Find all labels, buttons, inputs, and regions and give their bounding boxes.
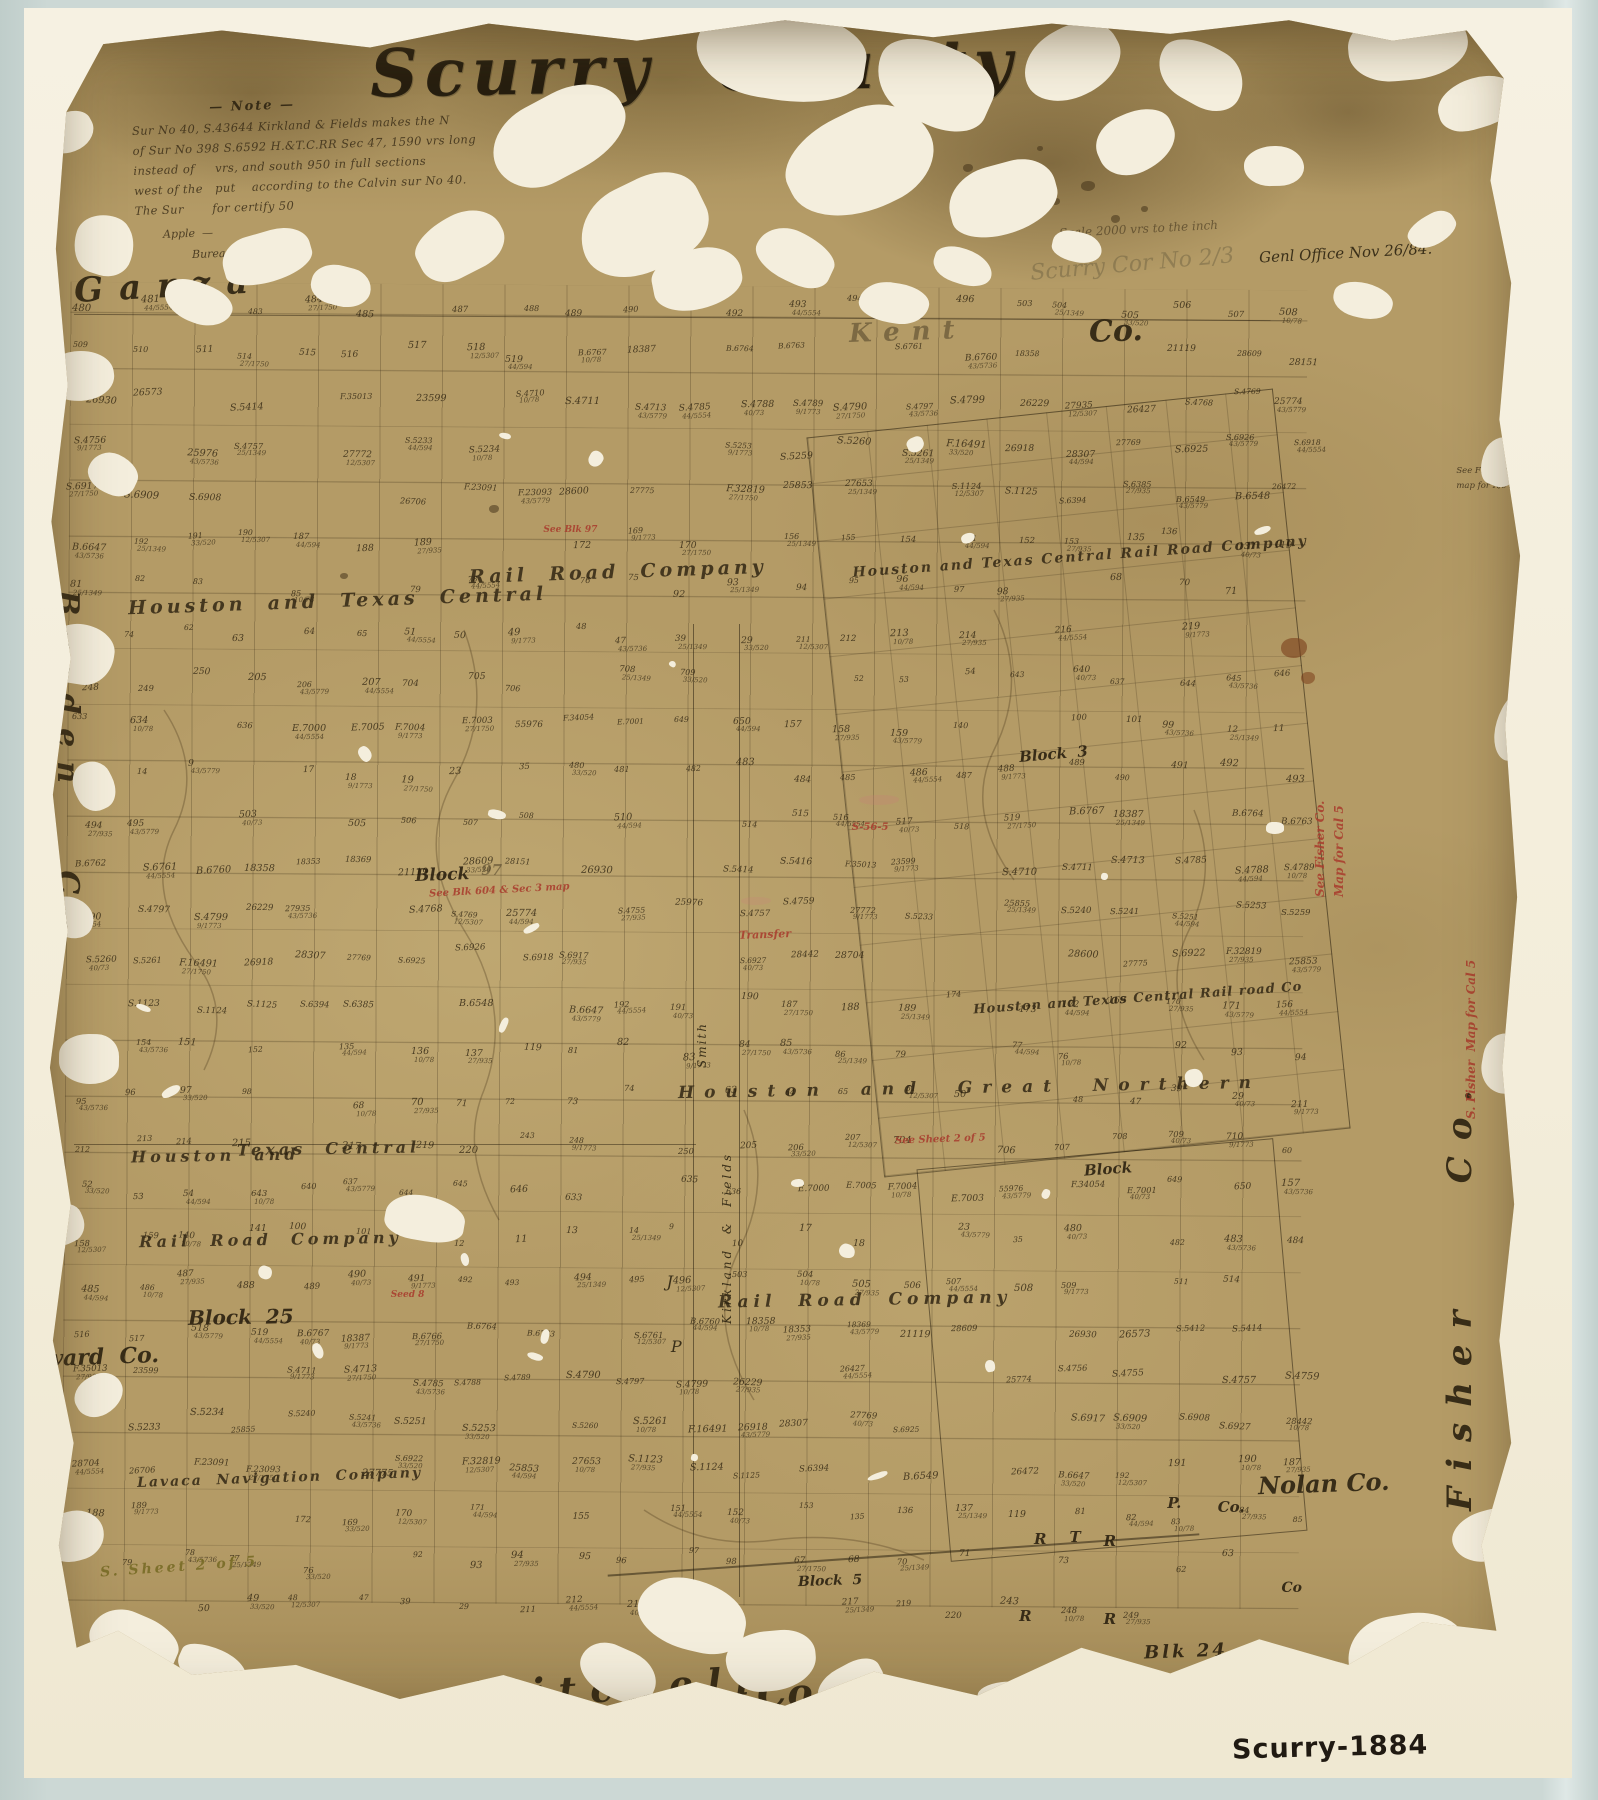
map-sheet: 48048144/555448248348427/175048548748848… bbox=[44, 10, 1526, 1716]
paper-hole bbox=[478, 67, 639, 203]
paper-hole bbox=[1266, 821, 1284, 833]
paper-hole bbox=[1087, 99, 1184, 186]
paper-hole bbox=[867, 1470, 889, 1482]
paper-hole bbox=[158, 272, 237, 334]
paper-hole bbox=[1049, 227, 1104, 267]
paper-hole bbox=[1244, 146, 1305, 187]
paper-hole bbox=[668, 660, 677, 668]
paper-hole bbox=[217, 220, 317, 293]
paper-damage-layer bbox=[44, 10, 1526, 1716]
paper-hole bbox=[1100, 873, 1108, 881]
paper-hole bbox=[460, 1253, 471, 1268]
paper-hole bbox=[66, 207, 142, 283]
paper-hole bbox=[307, 259, 375, 313]
paper-hole bbox=[586, 449, 606, 470]
paper-hole bbox=[904, 434, 926, 455]
paper-hole bbox=[160, 1083, 182, 1100]
paper-hole bbox=[256, 1264, 274, 1282]
paper-hole bbox=[64, 754, 122, 817]
paper-hole bbox=[1040, 1187, 1051, 1199]
paper-hole bbox=[135, 1002, 151, 1013]
paper-hole bbox=[406, 198, 513, 292]
paper-hole bbox=[960, 530, 977, 544]
paper-hole bbox=[539, 1328, 550, 1344]
paper-hole bbox=[382, 1189, 469, 1247]
paper-hole bbox=[1147, 26, 1255, 122]
paper-hole bbox=[67, 1365, 130, 1424]
paper-hole bbox=[487, 808, 506, 820]
paper-hole bbox=[838, 1242, 858, 1260]
paper-hole bbox=[1253, 524, 1271, 536]
paper-hole bbox=[929, 240, 997, 292]
paper-hole bbox=[526, 1351, 543, 1363]
scanned-map: 48048144/555448248348427/175048548748848… bbox=[0, 0, 1598, 1800]
paper-hole bbox=[310, 1342, 325, 1361]
paper-hole bbox=[791, 1179, 804, 1188]
paper-hole bbox=[1330, 276, 1397, 324]
paper-hole bbox=[1184, 1068, 1204, 1088]
paper-hole bbox=[498, 432, 512, 441]
paper-hole bbox=[82, 445, 144, 502]
paper-hole bbox=[58, 1033, 119, 1084]
paper-hole bbox=[690, 1453, 698, 1462]
paper-hole bbox=[1403, 204, 1461, 254]
paper-hole bbox=[523, 921, 541, 935]
paper-hole bbox=[356, 744, 374, 764]
paper-hole bbox=[941, 150, 1065, 246]
paper-hole bbox=[984, 1359, 996, 1372]
paper-hole bbox=[749, 217, 843, 296]
sheet-number: Scurry-1884 bbox=[1232, 1729, 1429, 1765]
paper-hole bbox=[497, 1016, 510, 1034]
paper-hole bbox=[856, 278, 931, 328]
